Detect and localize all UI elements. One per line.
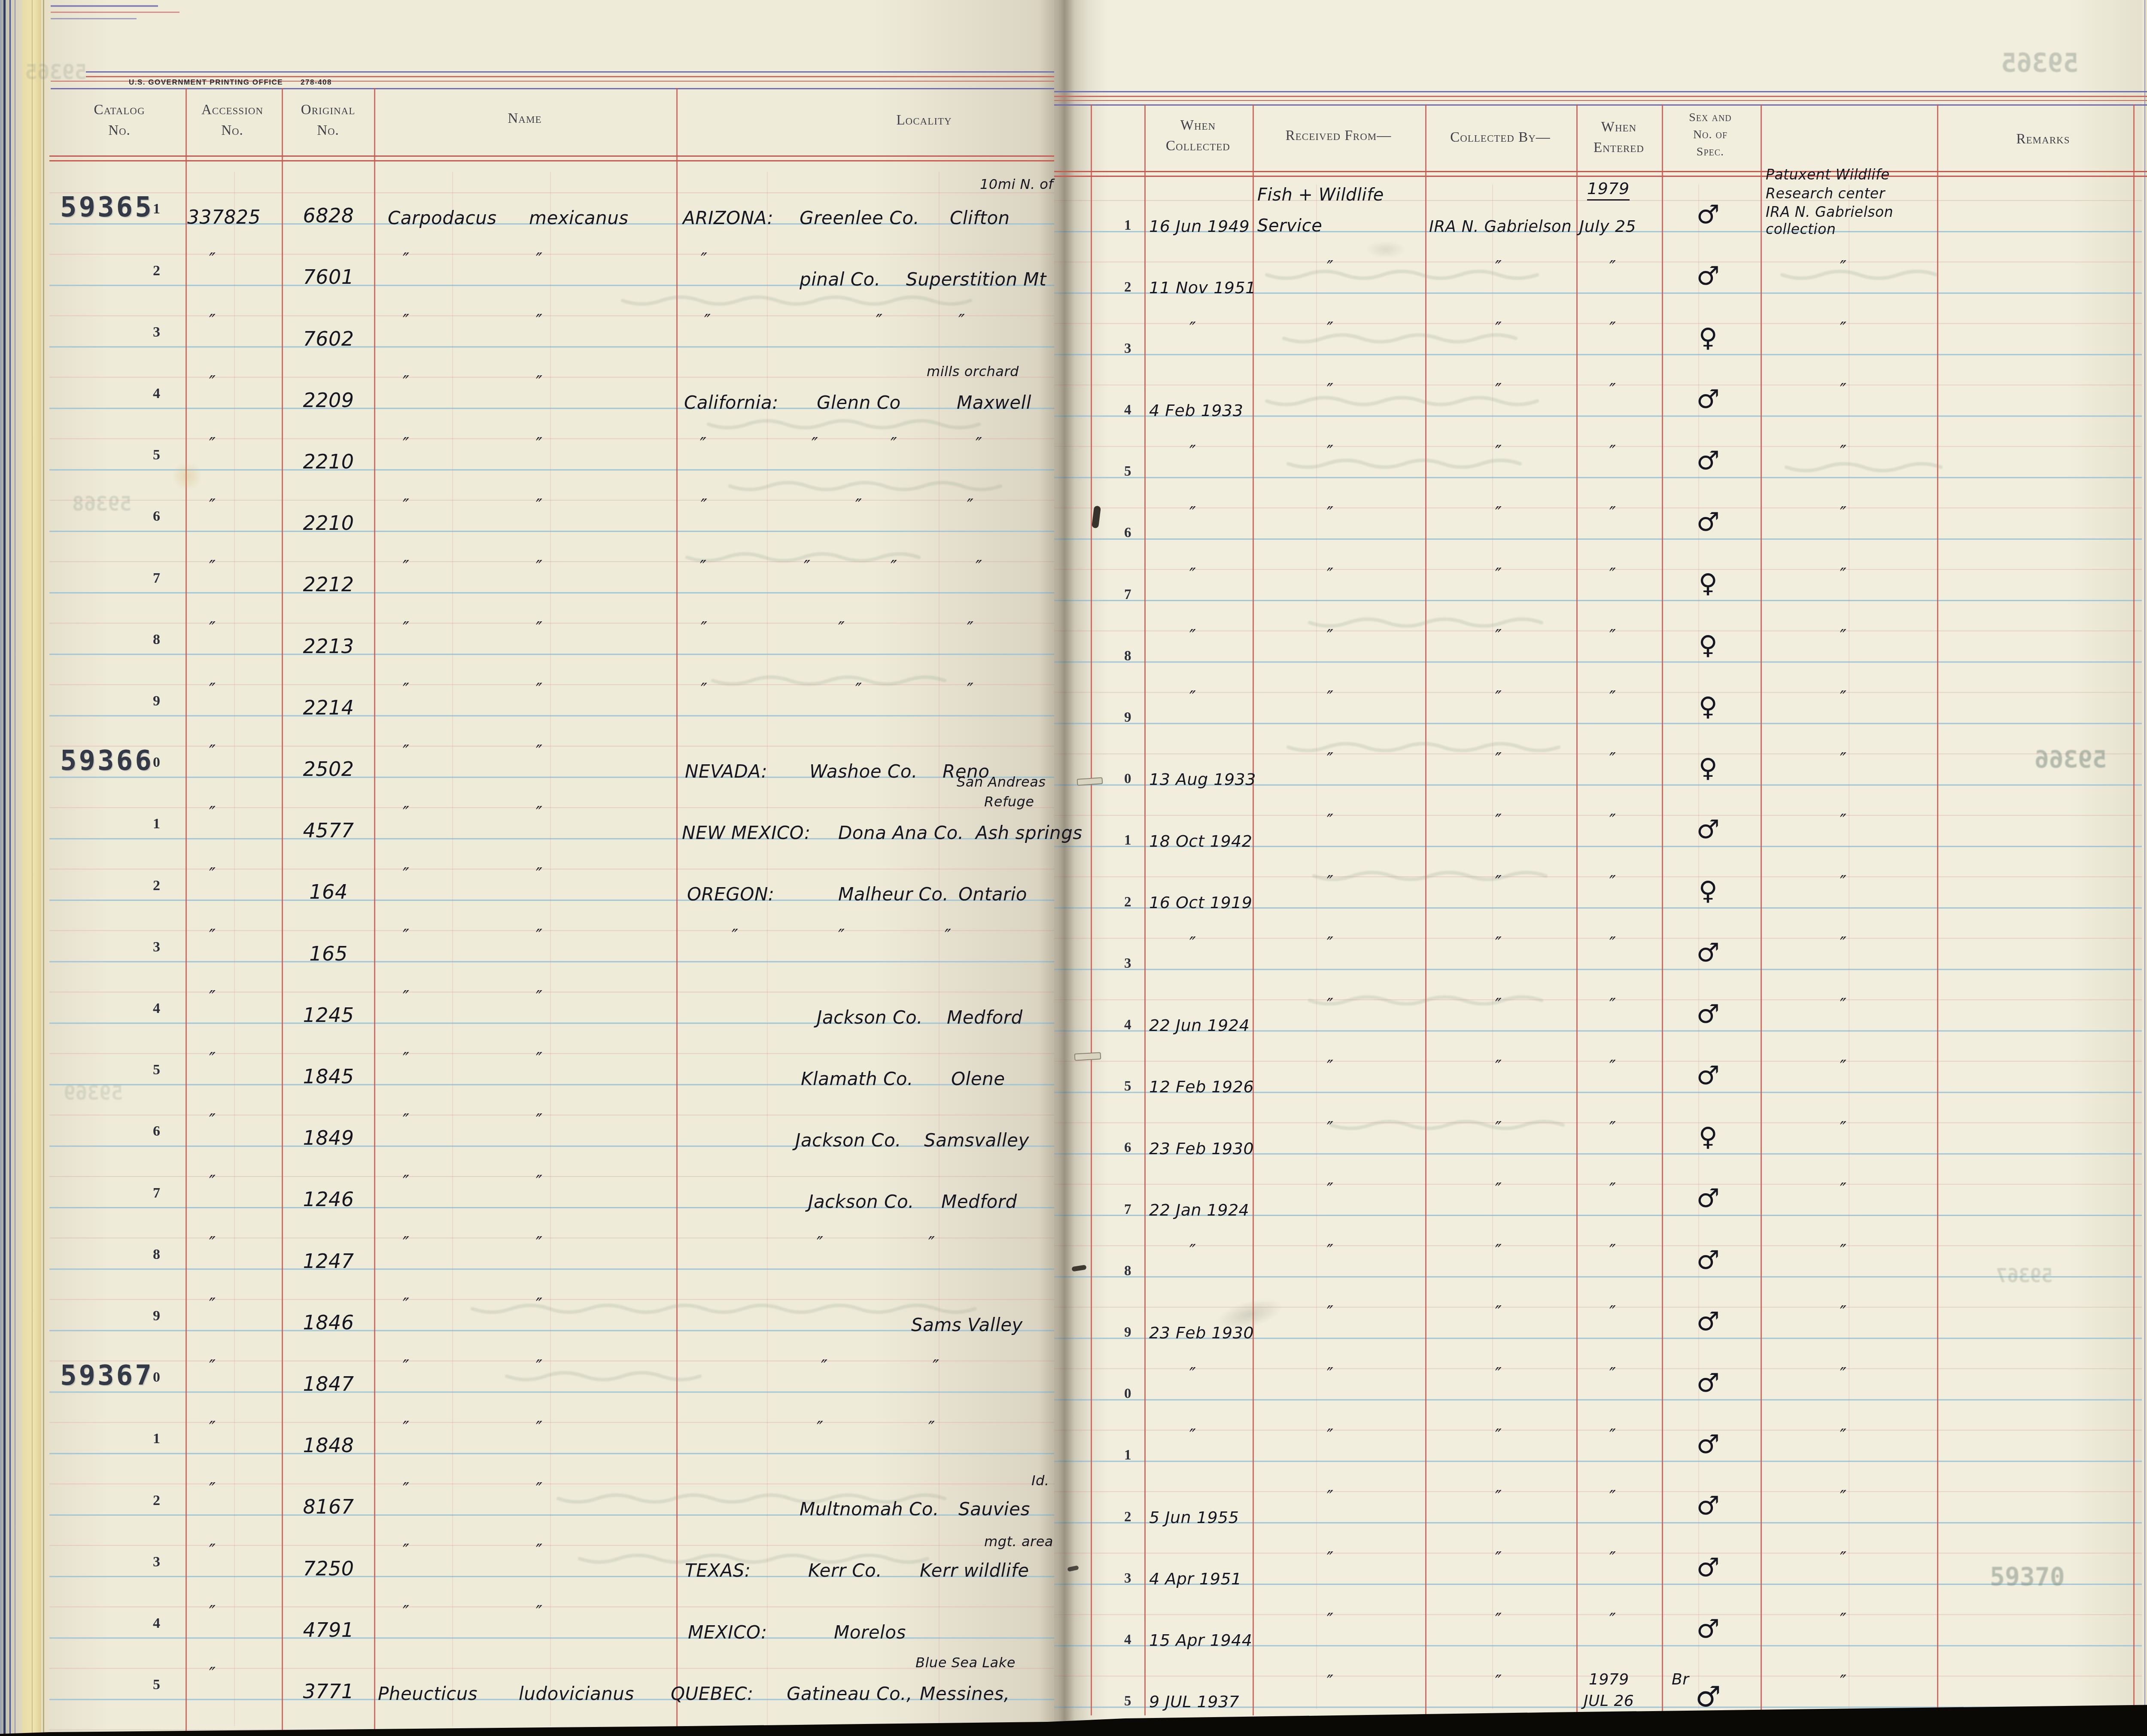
collected-by-ditto: ″ — [1495, 811, 1502, 831]
locality-value: Maxwell — [957, 392, 1031, 413]
locality-ditto: ″ — [876, 311, 882, 331]
name-ditto: ″ — [403, 373, 409, 392]
received-from-ditto: ″ — [1327, 319, 1333, 339]
original-value: 165 — [309, 942, 347, 965]
received-from-ditto: ″ — [1327, 1672, 1333, 1692]
name-ditto: ″ — [403, 865, 409, 885]
name-ditto: ″ — [403, 803, 409, 823]
locality-ditto: ″ — [701, 619, 707, 638]
locality-value: Multnomah Co. — [800, 1499, 939, 1520]
locality-value: Glenn Co — [817, 392, 901, 413]
date-collected-ditto: ″ — [1189, 626, 1196, 646]
original-value: 2209 — [303, 389, 354, 412]
collected-by-ditto: ″ — [1495, 319, 1502, 339]
row-number: 2 — [1124, 894, 1131, 910]
original-value: 1848 — [303, 1434, 354, 1457]
catalog-subscript: 6 — [153, 1123, 160, 1140]
name-ditto: ″ — [536, 1295, 542, 1315]
bleed-through-number: 59369 — [64, 1081, 123, 1104]
catalog-subscript: 4 — [153, 386, 160, 402]
name-value: mexicanus — [529, 207, 629, 228]
locality-value: Dona Ana Co. — [838, 822, 964, 843]
catalog-subscript: 8 — [153, 1247, 160, 1263]
locality-ditto: ″ — [701, 250, 707, 270]
name-ditto: ″ — [536, 680, 542, 700]
accession-ditto: ″ — [209, 1172, 216, 1192]
date-entered-ditto: ″ — [1609, 1180, 1616, 1200]
date-collected-value: 12 Feb 1926 — [1149, 1077, 1254, 1096]
received-from-ditto: ″ — [1327, 1119, 1333, 1138]
row-number: 4 — [1124, 1017, 1131, 1033]
locality-ditto: ″ — [976, 557, 982, 577]
row-number: 5 — [1124, 1079, 1131, 1095]
catalog-subscript: 7 — [153, 570, 160, 587]
original-value: 1247 — [303, 1250, 354, 1273]
original-value: 7602 — [303, 327, 354, 350]
collected-by-ditto: ″ — [1495, 1180, 1502, 1200]
date-collected-value: 16 Jun 1949 — [1149, 217, 1250, 236]
locality-value: Kerr Co. — [808, 1560, 882, 1581]
row-number: 8 — [1124, 1263, 1131, 1279]
row-number: 1 — [1124, 833, 1131, 848]
catalog-stamp: 59366 — [60, 745, 154, 777]
locality-value: Sams Valley — [911, 1314, 1023, 1335]
original-value: 1849 — [303, 1126, 354, 1149]
locality-ditto: ″ — [700, 557, 706, 577]
locality-annotation: San Andreas — [957, 774, 1046, 790]
sex-symbol: ♂ — [1697, 1061, 1720, 1091]
remarks-value: collection — [1766, 221, 1836, 237]
date-entered-ditto: ″ — [1609, 442, 1616, 462]
sex-symbol: ♀ — [1699, 692, 1718, 722]
accession-ditto: ″ — [209, 496, 216, 516]
sex-symbol: ♂ — [1695, 1680, 1721, 1713]
date-entered-ditto: ″ — [1609, 319, 1616, 339]
sex-symbol: ♂ — [1697, 1183, 1720, 1213]
date-entered-value: JUL 26 — [1584, 1692, 1634, 1710]
date-entered-ditto: ″ — [1609, 688, 1616, 708]
name-ditto: ″ — [536, 865, 542, 885]
remarks-ditto: ″ — [1840, 319, 1846, 339]
bleed-through-number: 59367 — [1996, 1265, 2053, 1287]
date-entered-ditto: ″ — [1609, 380, 1616, 400]
name-ditto: ″ — [403, 496, 409, 516]
bleed-through-number: 59366 — [2034, 745, 2107, 773]
locality-ditto: ″ — [928, 1418, 935, 1438]
collected-by-ditto: ″ — [1495, 504, 1502, 523]
locality-ditto: ″ — [928, 1234, 935, 1253]
locality-value: Ash springs — [976, 822, 1083, 843]
date-collected-value: 5 Jun 1955 — [1149, 1508, 1239, 1527]
locality-ditto: ″ — [967, 680, 973, 700]
original-value: 2213 — [303, 635, 354, 658]
locality-ditto: ″ — [701, 496, 707, 516]
date-collected-ditto: ″ — [1189, 1241, 1196, 1261]
locality-value: Jackson Co. — [808, 1191, 914, 1212]
name-ditto: ″ — [403, 311, 409, 331]
collected-by-ditto: ″ — [1495, 1057, 1502, 1077]
sex-symbol: ♀ — [1699, 323, 1718, 353]
locality-ditto: ″ — [817, 1234, 823, 1253]
accession-ditto: ″ — [209, 373, 216, 392]
catalog-subscript: 0 — [153, 754, 160, 771]
remarks-ditto: ″ — [1840, 750, 1846, 769]
accession-ditto: ″ — [209, 435, 216, 454]
accession-ditto: ″ — [209, 926, 216, 946]
collected-by-ditto: ″ — [1495, 995, 1502, 1015]
catalog-subscript: 2 — [153, 263, 160, 279]
name-ditto: ″ — [403, 1172, 409, 1192]
collected-by-ditto: ″ — [1495, 442, 1502, 462]
catalog-subscript: 1 — [153, 201, 160, 217]
collected-by-ditto: ″ — [1495, 1487, 1502, 1507]
original-value: 4577 — [303, 819, 354, 842]
received-from-ditto: ″ — [1327, 565, 1333, 585]
date-collected-ditto: ″ — [1189, 442, 1196, 462]
row-number: 2 — [1124, 1509, 1131, 1525]
date-entered-value: July 25 — [1579, 217, 1636, 236]
original-value: 7250 — [303, 1557, 354, 1580]
locality-value: Morelos — [834, 1622, 906, 1643]
date-collected-ditto: ″ — [1189, 1426, 1196, 1446]
received-from-ditto: ″ — [1327, 934, 1333, 954]
remarks-ditto: ″ — [1840, 1180, 1846, 1200]
name-ditto: ″ — [403, 619, 409, 638]
original-value: 1245 — [303, 1003, 354, 1027]
locality-value: NEVADA: — [685, 761, 767, 782]
name-ditto: ″ — [403, 1602, 409, 1622]
name-ditto: ″ — [403, 742, 409, 762]
locality-value: Greenlee Co. — [800, 207, 919, 228]
name-ditto: ″ — [536, 250, 542, 270]
date-entered-ditto: ″ — [1609, 1549, 1616, 1569]
locality-value: OREGON: — [687, 884, 774, 905]
name-ditto: ″ — [403, 1295, 409, 1315]
catalog-subscript: 5 — [153, 447, 160, 463]
locality-value: Gatineau Co., — [787, 1683, 912, 1704]
remarks-ditto: ″ — [1840, 1241, 1846, 1261]
locality-value: Klamath Co. — [801, 1068, 913, 1089]
row-number: 4 — [1124, 1632, 1131, 1648]
name-ditto: ″ — [536, 1357, 542, 1377]
received-from-ditto: ″ — [1327, 1180, 1333, 1200]
date-entered-ditto: ″ — [1609, 1057, 1616, 1077]
remarks-ditto: ″ — [1840, 873, 1846, 892]
remarks-ditto: ″ — [1840, 442, 1846, 462]
accession-ditto: ″ — [209, 680, 216, 700]
original-value: 6828 — [303, 204, 354, 227]
locality-ditto: ″ — [812, 435, 818, 454]
accession-ditto: ″ — [209, 988, 216, 1007]
date-collected-ditto: ″ — [1189, 565, 1196, 585]
accession-ditto: ″ — [209, 803, 216, 823]
collected-by-ditto: ″ — [1495, 380, 1502, 400]
locality-ditto: ″ — [945, 926, 951, 946]
locality-ditto: ″ — [821, 1357, 827, 1377]
accession-ditto: ″ — [209, 1602, 216, 1622]
date-entered-ditto: ″ — [1609, 1119, 1616, 1138]
locality-value: Clifton — [950, 207, 1010, 228]
name-ditto: ″ — [403, 1418, 409, 1438]
name-value: Carpodacus — [388, 207, 497, 228]
date-collected-ditto: ″ — [1189, 934, 1196, 954]
locality-annotation: Id. — [1031, 1472, 1049, 1489]
row-number: 6 — [1124, 525, 1131, 541]
original-value: 1847 — [303, 1372, 354, 1395]
date-collected-ditto: ″ — [1189, 1365, 1196, 1384]
name-ditto: ″ — [536, 1049, 542, 1069]
locality-value: Ontario — [958, 884, 1027, 905]
sex-symbol: ♂ — [1697, 938, 1720, 968]
accession-ditto: ″ — [209, 250, 216, 270]
remarks-value: IRA N. Gabrielson — [1766, 204, 1893, 220]
binding-stitch — [1074, 1052, 1101, 1061]
locality-annotation: Blue Sea Lake — [915, 1654, 1016, 1671]
date-collected-value: 22 Jan 1924 — [1149, 1201, 1249, 1219]
row-number: 2 — [1124, 280, 1131, 295]
accession-ditto: ″ — [209, 557, 216, 577]
locality-value: QUEBEC: — [671, 1683, 754, 1704]
name-ditto: ″ — [536, 1602, 542, 1622]
catalog-subscript: 8 — [153, 632, 160, 648]
collected-by-ditto: ″ — [1495, 1303, 1502, 1323]
date-collected-ditto: ″ — [1189, 504, 1196, 523]
received-from-ditto: ″ — [1327, 1426, 1333, 1446]
date-entered-ditto: ″ — [1609, 1303, 1616, 1323]
name-ditto: ″ — [403, 1049, 409, 1069]
received-from-ditto: ″ — [1327, 1057, 1333, 1077]
remarks-ditto: ″ — [1840, 1303, 1846, 1323]
remarks-ditto: ″ — [1840, 1610, 1846, 1630]
locality-ditto: ″ — [855, 496, 862, 516]
remarks-ditto: ″ — [1840, 688, 1846, 708]
date-entered-ditto: ″ — [1609, 995, 1616, 1015]
received-from-ditto: ″ — [1327, 1303, 1333, 1323]
locality-ditto: ″ — [701, 680, 707, 700]
name-value: ludovicianus — [519, 1683, 634, 1704]
remarks-ditto: ″ — [1840, 1549, 1846, 1569]
catalog-stamp: 59365 — [60, 192, 154, 223]
name-ditto: ″ — [536, 1111, 542, 1131]
date-entered-ditto: ″ — [1609, 811, 1616, 831]
accession-ditto: ″ — [209, 742, 216, 762]
catalog-subscript: 1 — [153, 816, 160, 832]
name-ditto: ″ — [536, 1234, 542, 1253]
original-value: 2210 — [303, 450, 354, 473]
date-collected-value: 4 Apr 1951 — [1149, 1569, 1242, 1588]
name-ditto: ″ — [536, 1541, 542, 1561]
locality-annotation: mills orchard — [927, 363, 1019, 380]
remarks-ditto: ″ — [1840, 1672, 1846, 1692]
name-ditto: ″ — [403, 1541, 409, 1561]
sex-symbol: ♂ — [1697, 446, 1720, 476]
received-from-ditto: ″ — [1327, 811, 1333, 831]
locality-ditto: ″ — [967, 619, 973, 638]
original-value: 164 — [309, 880, 347, 903]
remarks-ditto: ″ — [1840, 1057, 1846, 1077]
sex-symbol: ♀ — [1699, 1122, 1718, 1152]
original-value: 2214 — [303, 696, 354, 719]
date-entered-ditto: ″ — [1609, 1365, 1616, 1384]
locality-ditto: ″ — [838, 926, 845, 946]
name-ditto: ″ — [536, 557, 542, 577]
accession-ditto: ″ — [209, 311, 216, 331]
name-ditto: ″ — [403, 1111, 409, 1131]
sex-symbol: ♂ — [1697, 1368, 1720, 1398]
locality-value: MEXICO: — [688, 1622, 767, 1643]
accession-ditto: ″ — [209, 1111, 216, 1131]
received-from-ditto: ″ — [1327, 442, 1333, 462]
locality-value: Malheur Co. — [838, 884, 949, 905]
received-from-ditto: ″ — [1327, 1487, 1333, 1507]
received-from-ditto: ″ — [1327, 258, 1333, 277]
original-value: 1845 — [303, 1065, 354, 1088]
name-value: Pheucticus — [378, 1683, 477, 1704]
received-from-ditto: ″ — [1327, 995, 1333, 1015]
row-number: 3 — [1124, 956, 1131, 972]
date-entered-year: 1979 — [1589, 1671, 1629, 1688]
catalog-subscript: 9 — [153, 693, 160, 709]
sex-symbol: ♀ — [1699, 569, 1718, 599]
date-collected-value: 18 Oct 1942 — [1149, 832, 1252, 851]
locality-ditto: ″ — [855, 680, 862, 700]
received-from-ditto: ″ — [1327, 1549, 1333, 1569]
name-ditto: ″ — [403, 435, 409, 454]
date-collected-value: 15 Apr 1944 — [1149, 1631, 1252, 1650]
catalog-subscript: 2 — [153, 878, 160, 894]
collected-by-ditto: ″ — [1495, 873, 1502, 892]
original-value: 1846 — [303, 1311, 354, 1334]
bleed-through-number: 59365 — [25, 60, 87, 84]
catalog-subscript: 6 — [153, 508, 160, 525]
original-value: 8167 — [303, 1495, 354, 1518]
name-ditto: ″ — [536, 1418, 542, 1438]
sex-symbol: ♀ — [1699, 630, 1718, 660]
catalog-subscript: 3 — [153, 939, 160, 955]
collected-by-ditto: ″ — [1495, 1610, 1502, 1630]
locality-ditto: ″ — [891, 435, 897, 454]
original-value: 2210 — [303, 511, 354, 535]
locality-value: Medford — [941, 1191, 1017, 1212]
row-number: 5 — [1124, 1693, 1131, 1709]
name-ditto: ″ — [536, 496, 542, 516]
remarks-value: Patuxent Wildlife — [1766, 166, 1890, 183]
sex-symbol: ♂ — [1697, 1429, 1720, 1459]
row-number: 1 — [1124, 1447, 1131, 1463]
locality-ditto: ″ — [817, 1418, 823, 1438]
collected-by-ditto: ″ — [1495, 1365, 1502, 1384]
remarks-ditto: ″ — [1840, 811, 1846, 831]
sex-symbol: ♂ — [1697, 200, 1720, 230]
received-from-ditto: ″ — [1327, 873, 1333, 892]
accession-ditto: ″ — [209, 1418, 216, 1438]
locality-value: Kerr wildlife — [920, 1560, 1029, 1581]
paper-stain — [172, 462, 203, 491]
locality-ditto: ″ — [976, 435, 982, 454]
remarks-ditto: ″ — [1840, 258, 1846, 277]
accession-ditto: ″ — [209, 1049, 216, 1069]
locality-ditto: ″ — [732, 926, 738, 946]
catalog-subscript: 7 — [153, 1185, 160, 1201]
accession-value: 337825 — [187, 207, 261, 228]
date-collected-ditto: ″ — [1189, 688, 1196, 708]
locality-value: Olene — [951, 1068, 1005, 1089]
collected-by-ditto: ″ — [1495, 1241, 1502, 1261]
remarks-ditto: ″ — [1840, 504, 1846, 523]
received-from-value: Service — [1257, 216, 1322, 236]
accession-ditto: ″ — [209, 1480, 216, 1499]
name-ditto: ″ — [403, 988, 409, 1007]
locality-value: TEXAS: — [685, 1560, 751, 1581]
sex-symbol: ♂ — [1697, 507, 1720, 537]
catalog-subscript: 3 — [153, 324, 160, 341]
locality-ditto: ″ — [704, 311, 711, 331]
remarks-value: Research center — [1766, 185, 1885, 202]
received-from-ditto: ″ — [1327, 380, 1333, 400]
bleed-through-number: 59365 — [2001, 48, 2079, 78]
name-ditto: ″ — [403, 250, 409, 270]
locality-annotation: mgt. area — [984, 1533, 1053, 1550]
accession-ditto: ″ — [209, 1541, 216, 1561]
catalog-subscript: 2 — [153, 1493, 160, 1509]
accession-ditto: ″ — [209, 1295, 216, 1315]
sex-symbol: ♂ — [1697, 1307, 1720, 1337]
remarks-ditto: ″ — [1840, 934, 1846, 954]
locality-value: California: — [684, 392, 779, 413]
row-number: 6 — [1124, 1140, 1131, 1156]
date-collected-value: 9 JUL 1937 — [1149, 1692, 1239, 1711]
remarks-ditto: ″ — [1840, 565, 1846, 585]
original-value: 7601 — [303, 265, 354, 289]
original-value: 1246 — [303, 1188, 354, 1211]
collected-by-ditto: ″ — [1495, 750, 1502, 769]
row-number: 9 — [1124, 1325, 1131, 1341]
date-entered-ditto: ″ — [1609, 1487, 1616, 1507]
name-ditto: ″ — [403, 926, 409, 946]
accession-ditto: ″ — [209, 1664, 216, 1684]
date-entered-ditto: ″ — [1609, 626, 1616, 646]
row-number: 3 — [1124, 1571, 1131, 1587]
remarks-ditto: ″ — [1840, 1119, 1846, 1138]
locality-value: Messines, — [920, 1683, 1010, 1704]
date-entered-ditto: ″ — [1609, 1426, 1616, 1446]
received-from-ditto: ″ — [1327, 688, 1333, 708]
locality-ditto: ″ — [958, 311, 965, 331]
name-ditto: ″ — [536, 373, 542, 392]
locality-value: Superstition Mt — [906, 269, 1046, 290]
accession-ditto: ″ — [209, 619, 216, 638]
locality-value: ARIZONA: — [683, 207, 773, 228]
collected-by-ditto: ″ — [1495, 626, 1502, 646]
date-collected-value: 22 Jun 1924 — [1149, 1016, 1250, 1035]
sex-symbol: ♂ — [1697, 1553, 1720, 1583]
row-number: 0 — [1124, 771, 1131, 787]
name-ditto: ″ — [403, 1357, 409, 1377]
original-value: 2502 — [303, 757, 354, 781]
received-from-value: Fish + Wildlife — [1257, 185, 1384, 205]
catalog-stamp: 59367 — [60, 1360, 154, 1392]
catalog-subscript: 3 — [153, 1554, 160, 1570]
accession-ditto: ″ — [209, 865, 216, 885]
remarks-ditto: ″ — [1840, 626, 1846, 646]
sex-symbol: ♂ — [1697, 261, 1720, 291]
date-entered-ditto: ″ — [1609, 1241, 1616, 1261]
locality-value: Samsvalley — [924, 1130, 1029, 1151]
date-entered-ditto: ″ — [1609, 750, 1616, 769]
sex-symbol: ♂ — [1697, 815, 1720, 845]
name-ditto: ″ — [403, 1480, 409, 1499]
row-number: 3 — [1124, 341, 1131, 357]
